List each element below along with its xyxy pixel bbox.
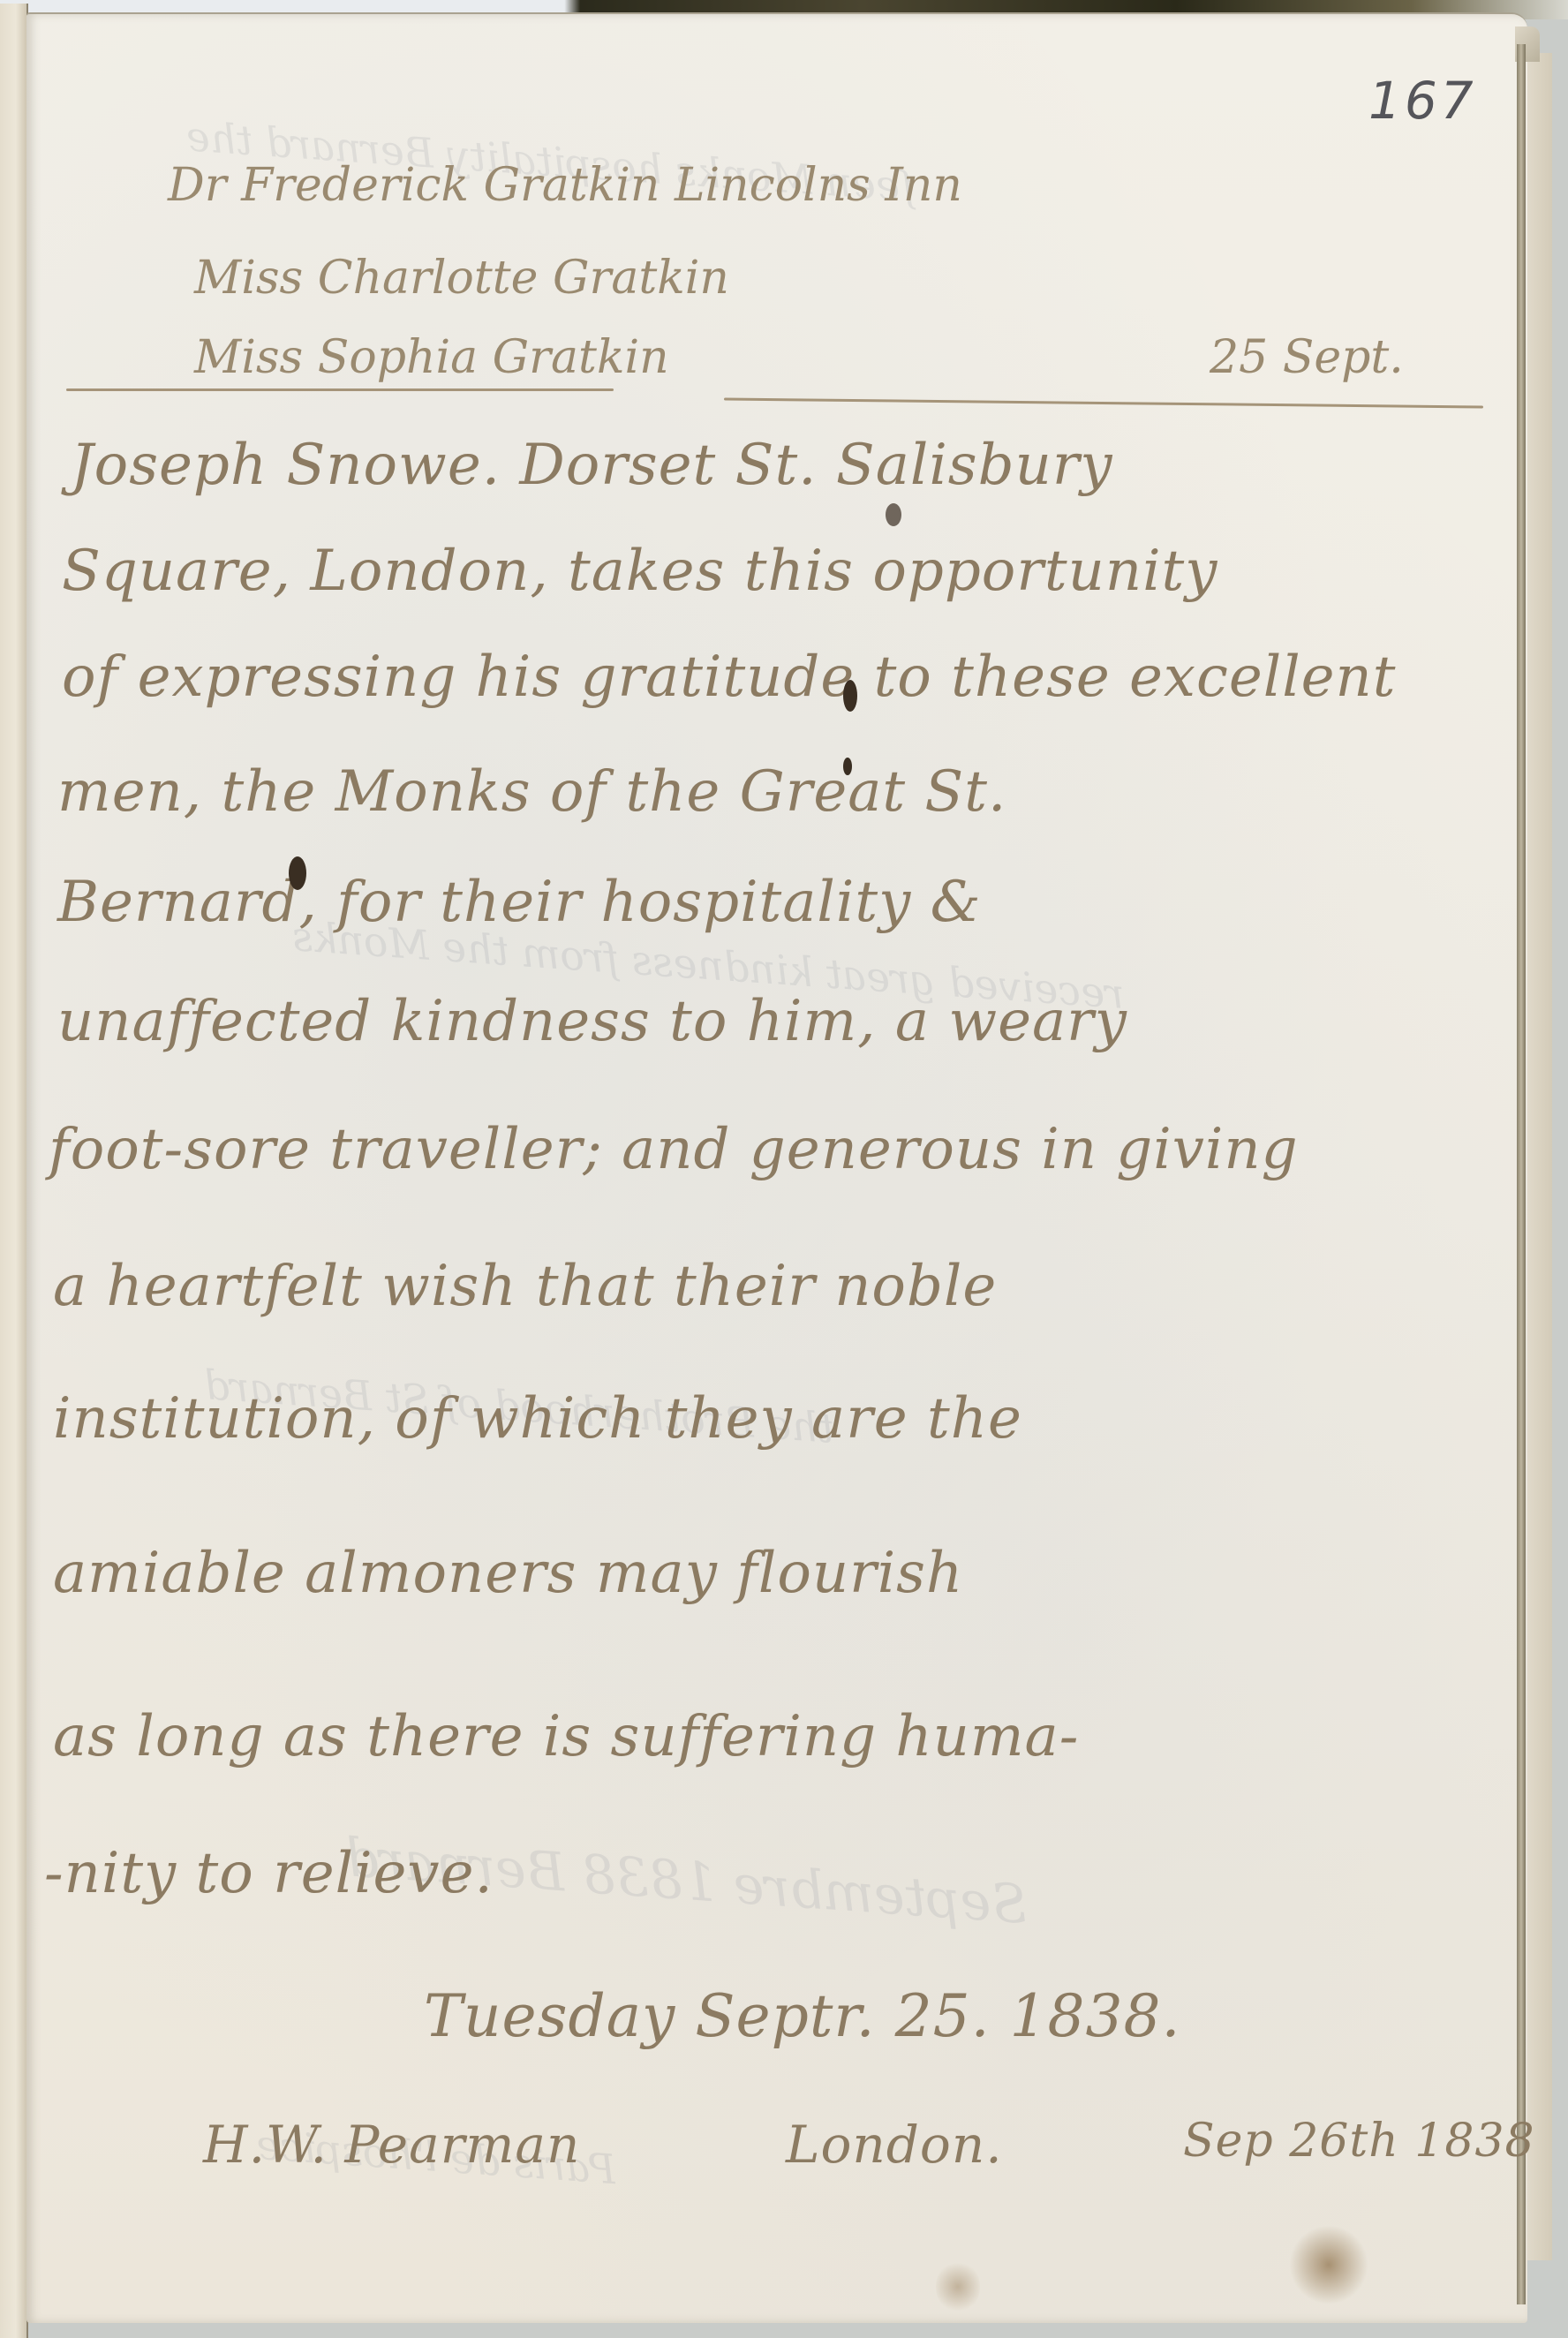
body-line: Joseph Snowe. Dorset St. Salisbury: [71, 433, 1113, 498]
body-line: foot-sore traveller; and generous in giv…: [49, 1117, 1299, 1182]
body-line: a heartfelt wish that their noble: [53, 1254, 997, 1319]
ink-blot: [843, 680, 857, 712]
body-line: men, the Monks of the Great St.: [57, 759, 1006, 825]
signature-date: Sep 26th 1838: [1183, 2115, 1535, 2168]
ink-stain: [936, 2260, 980, 2313]
body-line: -nity to relieve.: [44, 1841, 494, 1906]
ink-blot: [886, 503, 901, 526]
body-line: of expressing his gratitude to these exc…: [62, 645, 1396, 710]
body-line: as long as there is suffering huma-: [53, 1704, 1079, 1769]
header-date: 25 Sept.: [1210, 331, 1404, 384]
body-line: Square, London, takes this opportunity: [62, 539, 1217, 604]
header-entry: Miss Sophia Gratkin: [194, 331, 669, 384]
signature-place: London.: [786, 2115, 1003, 2175]
body-line: amiable almoners may flourish: [53, 1541, 963, 1606]
closing-date: Tuesday Septr. 25. 1838.: [424, 1982, 1181, 2050]
folio-number: 167: [1368, 71, 1477, 131]
body-line: unaffected kindness to him, a weary: [57, 989, 1127, 1054]
signature-name: H.W. Pearman: [203, 2115, 580, 2175]
body-line: Bernard, for their hospitality &: [57, 870, 982, 935]
header-entry: Miss Charlotte Gratkin: [194, 252, 729, 305]
previous-page-edge: [0, 4, 28, 2338]
page-right-edge: [1517, 44, 1526, 2304]
ink-blot: [289, 856, 306, 890]
separator-rule-left: [66, 388, 614, 391]
ink-blot: [843, 758, 852, 775]
body-line: institution, of which they are the: [53, 1386, 1022, 1452]
header-entry: Dr Frederick Gratkin Lincolns Inn: [168, 159, 962, 212]
next-leaves-edge: [1526, 53, 1552, 2260]
ink-stain: [1289, 2225, 1368, 2304]
